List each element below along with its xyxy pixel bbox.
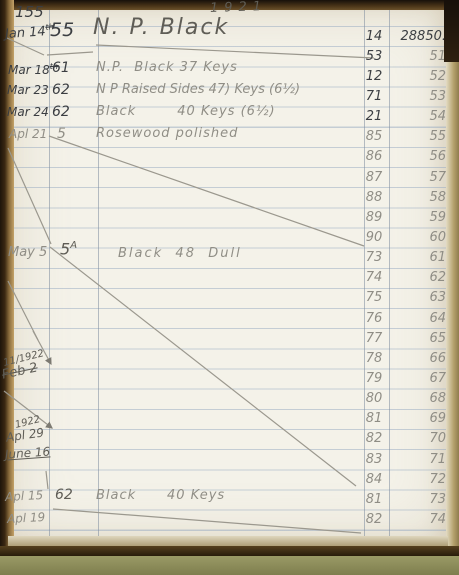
entry-date: Mar 18th <box>8 62 58 78</box>
serial-cell: 84 <box>360 469 388 489</box>
entry-date: Apl 15 <box>5 489 44 505</box>
serial-cell: 64 <box>388 308 448 328</box>
serial-cell: 67 <box>388 368 448 388</box>
serial-cell: 83 <box>360 449 388 469</box>
serial-cell: 86 <box>360 147 388 167</box>
entry-date-text: Jan 14 <box>5 24 47 42</box>
entry-desc: N P Raised Sides 47) Keys (6½) <box>96 83 300 98</box>
serial-cell: 58 <box>388 187 448 207</box>
serial-cell: 12 <box>360 66 388 86</box>
serial-cell: 55 <box>388 127 448 147</box>
serial-cell: 60 <box>388 227 448 247</box>
serial-cell: 70 <box>388 429 448 449</box>
serial-cell: 28850. <box>388 26 448 46</box>
serial-cell: 75 <box>360 288 388 308</box>
entry-desc: Black 40 Keys <box>96 489 225 504</box>
serial-cell: 76 <box>360 308 388 328</box>
entry-date-text: Mar 18 <box>8 63 50 77</box>
entry-no-superscript: A <box>70 240 77 251</box>
ledger-photo: 155 1921 Jan 14th 55 N. P. Black Mar 18t… <box>0 0 459 575</box>
serial-cell: 88 <box>360 187 388 207</box>
entry-date: Mar 24 <box>7 106 49 120</box>
serial-cell: 68 <box>388 389 448 409</box>
entry-no: 55 <box>50 20 74 42</box>
entry-date: Apl 21 <box>9 128 47 142</box>
serial-cell: 65 <box>388 328 448 348</box>
entry-desc: N.P. Black 37 Keys <box>96 61 238 76</box>
serial-cell: 21 <box>360 107 388 127</box>
serial-cell: 59 <box>388 207 448 227</box>
serial-column-2: 28850. 51 52 53 54 55 56 57 58 59 60 61 … <box>388 26 448 530</box>
serial-cell: 51 <box>388 46 448 66</box>
entry-desc: Black 40 Keys (6½) <box>96 105 276 120</box>
serial-cell: 53 <box>360 46 388 66</box>
serial-cell: 81 <box>360 409 388 429</box>
serial-cell: 62 <box>388 268 448 288</box>
entry-no: 62 <box>55 487 73 503</box>
serial-cell: 71 <box>360 86 388 106</box>
entry-no-text: 5 <box>60 239 70 258</box>
serial-cell: 71 <box>388 449 448 469</box>
serial-cell: 80 <box>360 389 388 409</box>
serial-cell: 69 <box>388 409 448 429</box>
serial-cell: 56 <box>388 147 448 167</box>
entry-no: 5 <box>57 126 66 142</box>
serial-cell: 89 <box>360 207 388 227</box>
serial-cell: 53 <box>388 86 448 106</box>
serial-cell: 14 <box>360 26 388 46</box>
entry-desc: N. P. Black <box>93 15 229 40</box>
entry-no: 62 <box>52 82 70 98</box>
serial-cell: 73 <box>360 248 388 268</box>
entry-date: Jan 14th <box>4 22 54 43</box>
entry-desc: Black 48 Dull <box>118 247 242 262</box>
serial-cell: 74 <box>388 509 448 529</box>
serial-cell: 82 <box>360 509 388 529</box>
serial-cell: 73 <box>388 489 448 509</box>
serial-cell: 66 <box>388 348 448 368</box>
serial-cell: 54 <box>388 107 448 127</box>
serial-cell: 61 <box>388 248 448 268</box>
serial-cell: 81 <box>360 489 388 509</box>
entry-no: 5A <box>60 240 77 259</box>
serial-cell: 57 <box>388 167 448 187</box>
serial-cell: 78 <box>360 348 388 368</box>
serial-cell: 85 <box>360 127 388 147</box>
serial-cell: 87 <box>360 167 388 187</box>
serial-cell: 77 <box>360 328 388 348</box>
entry-date: Apl 19 <box>7 511 46 527</box>
entry-desc: Rosewood polished <box>96 127 238 142</box>
serial-cell: 72 <box>388 469 448 489</box>
serial-column-1: 14 53 12 71 21 85 86 87 88 89 90 73 74 7… <box>360 26 388 530</box>
serial-cell: 63 <box>388 288 448 308</box>
serial-cell: 79 <box>360 368 388 388</box>
serial-cell: 90 <box>360 227 388 247</box>
entry-date: Mar 23 <box>7 84 49 98</box>
entry-no: 61 <box>52 60 70 76</box>
entry-date: May 5 <box>8 246 47 261</box>
serial-cell: 82 <box>360 429 388 449</box>
entry-no: 62 <box>52 104 70 120</box>
serial-cell: 74 <box>360 268 388 288</box>
serial-cell: 52 <box>388 66 448 86</box>
folio-number: 155 <box>15 4 44 21</box>
